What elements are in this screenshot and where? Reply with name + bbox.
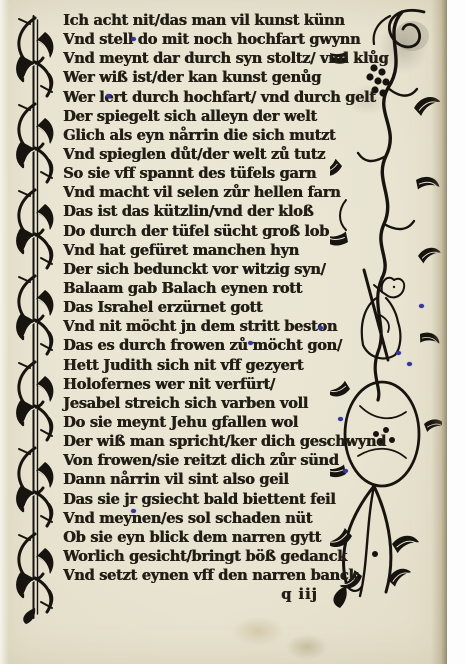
poem-line: Vnd spieglen důt/der welt zů tutz <box>63 145 363 164</box>
ink-spot <box>419 304 424 308</box>
poem-line: Das sie jr gsiecht bald biettent feil <box>63 490 363 509</box>
poem-line: Der wiß man spricht/ker dich geschwynd <box>63 432 363 451</box>
ink-spot <box>131 37 136 41</box>
scan-canvas: Ich acht nit/das man vil kunst künn Vnd … <box>0 0 465 664</box>
ink-spot <box>131 509 136 513</box>
signature-mark: q iij <box>281 585 318 604</box>
poem-line: Vnd setzt eynen vff den narren banck <box>63 566 363 585</box>
hooded-figure <box>362 270 404 360</box>
poem-line: Vnd meynt dar durch syn stoltz/ vnd klůg <box>63 49 363 68</box>
ink-spot <box>338 417 343 421</box>
poem-line: Der spiegelt sich alleyn der welt <box>63 107 363 126</box>
ink-spot <box>248 341 253 345</box>
poem-line: Balaam gab Balach eynen rott <box>63 279 363 298</box>
poem-line: Jesabel streich sich varben voll <box>63 394 363 413</box>
poem-line: Ich acht nit/das man vil kunst künn <box>63 11 363 30</box>
poem-line: Wer wiß ist/der kan kunst genůg <box>63 68 363 87</box>
poem-line: Vnd meynen/es sol schaden nüt <box>63 509 363 528</box>
poem-line: Vnd stell do mit noch hochfart gwynn <box>63 30 363 49</box>
poem-line: Do durch der tüfel sücht groß lob <box>63 222 363 241</box>
ink-spot <box>396 351 401 355</box>
poem-line: Vnd hat gefüret manchen hyn <box>63 241 363 260</box>
ink-spot <box>372 551 378 557</box>
book-page: Ich acht nit/das man vil kunst künn Vnd … <box>0 0 447 664</box>
paper-stain <box>232 616 284 646</box>
ink-spot <box>106 94 111 98</box>
poem-line: Worlich gesicht/bringt böß gedanck <box>63 547 363 566</box>
poem-line: Von frowen/sie reitzt dich zůr sünd <box>63 451 363 470</box>
poem-line: Glich als eyn nårrin die sich mutzt <box>63 126 363 145</box>
vine-staff-woodcut-border-icon <box>12 12 58 624</box>
poem-line: Do sie meynt Jehu gfallen wol <box>63 413 363 432</box>
poem-line: So sie vff spannt des tüfels garn <box>63 164 363 183</box>
ink-spot <box>407 362 412 366</box>
ink-spot <box>318 326 323 330</box>
poem-line: Das es durch frowen zů möcht gon/ <box>63 336 363 355</box>
poem-line: Das ist das kützlin/vnd der kloß <box>63 202 363 221</box>
poem-line: Hett Judith sich nit vff gezyert <box>63 356 363 375</box>
poem-line: Holofernes wer nit verfürt/ <box>63 375 363 394</box>
poem-line: Ob sie eyn blick dem narren gytt <box>63 528 363 547</box>
poem-line: Dann nårrin vil sint also geil <box>63 470 363 489</box>
poem-line: Vnd macht vil selen zůr hellen farn <box>63 183 363 202</box>
ink-spot <box>343 469 348 473</box>
poem-line: Das Israhel erzürnet gott <box>63 298 363 317</box>
poem-line: Der sich bedunckt vor witzig syn/ <box>63 260 363 279</box>
paper-stain <box>286 634 328 660</box>
